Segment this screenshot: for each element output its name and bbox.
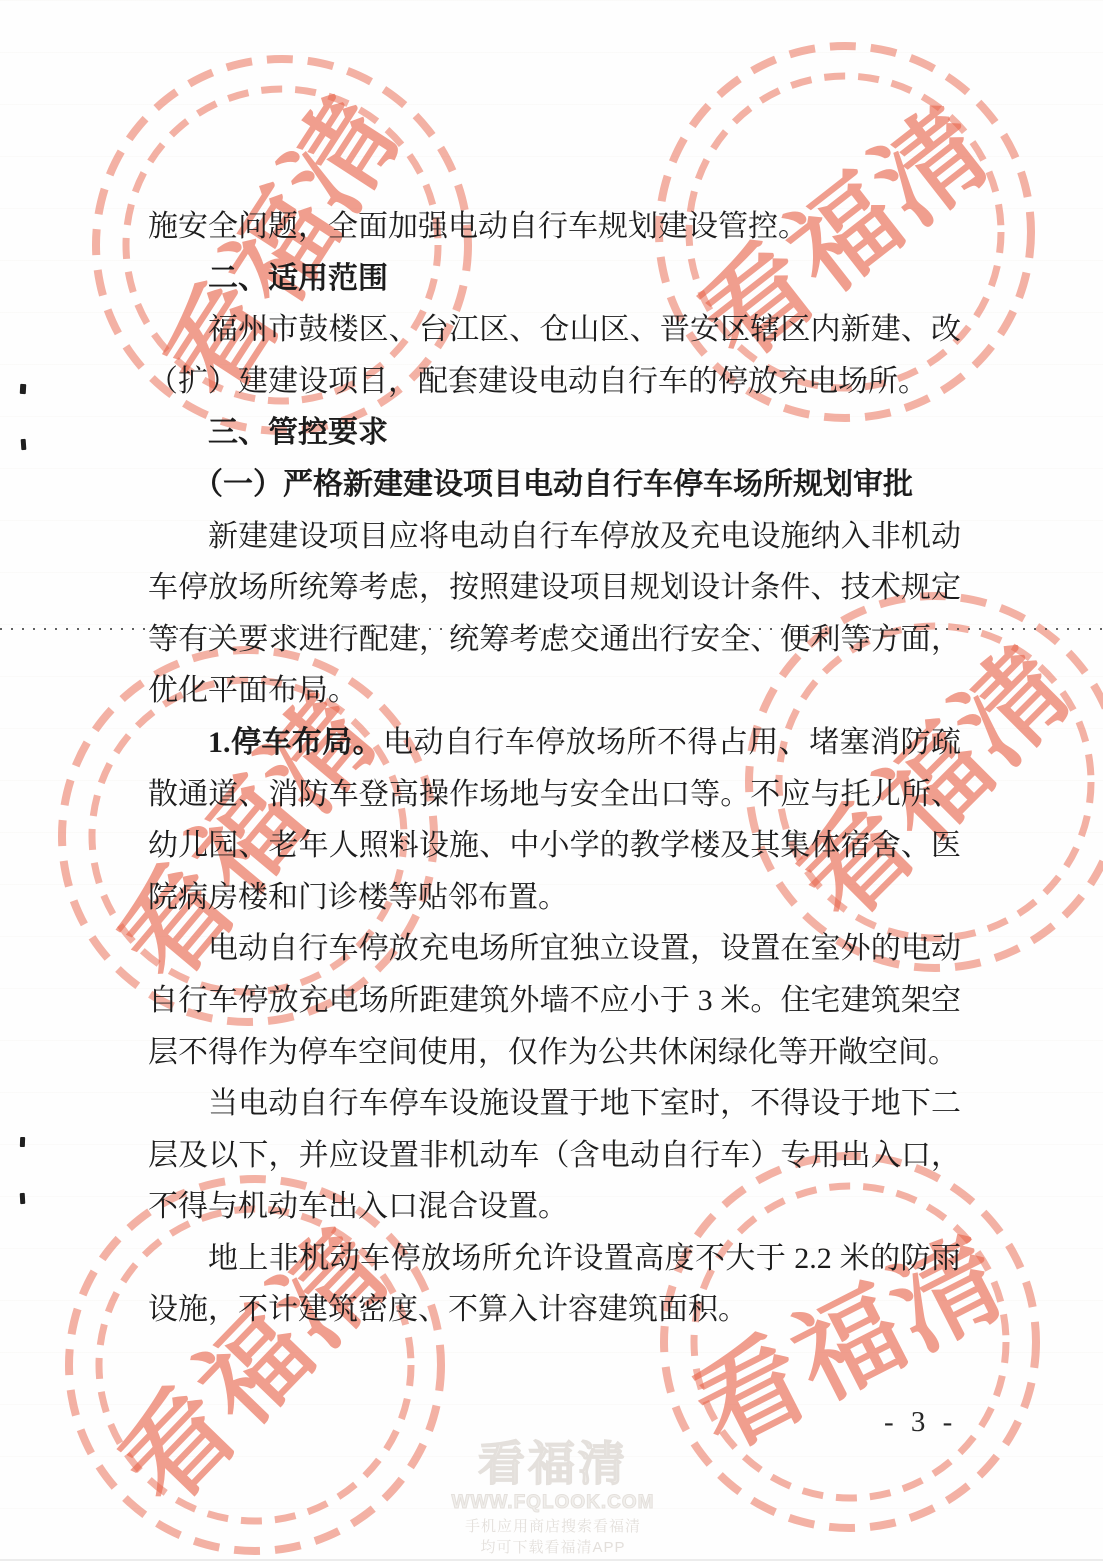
paragraph-planning: 新建建设项目应将电动自行车停放及充电设施纳入非机动车停放场所统筹考虑，按照建设项… <box>148 511 961 717</box>
scan-speck <box>20 384 27 394</box>
paragraph-continuation: 施安全问题，全面加强电动自行车规划建设管控。 <box>148 201 961 253</box>
paragraph-lead-parking-layout: 1.停车布局。 <box>208 726 383 759</box>
scan-speck <box>20 1193 26 1204</box>
subsection-heading-approval: （一）严格新建建设项目电动自行车停车场所规划审批 <box>148 459 961 511</box>
section-heading-scope: 二、适用范围 <box>148 253 961 305</box>
footer-watermark-logo: 看福清 <box>428 1438 678 1490</box>
footer-watermark: 看福清 WWW.FQLOOK.COM 手机应用商店搜索看福清 均可下载看福清AP… <box>428 1438 678 1557</box>
paragraph-outdoor-siting: 电动自行车停放充电场所宜独立设置，设置在室外的电动自行车停放充电场所距建筑外墙不… <box>148 923 961 1078</box>
scanned-document-page: 看福清 看福清 看福清 看福清 看福清 <box>0 0 1103 1561</box>
footer-watermark-line1: 手机应用商店搜索看福清 <box>428 1519 678 1536</box>
dotted-separator-line <box>0 628 1103 631</box>
scan-speck <box>21 439 27 450</box>
scan-speck <box>20 1137 25 1147</box>
paragraph-canopy-rules: 地上非机动车停放场所允许设置高度不大于 2.2 米的防雨设施，不计建筑密度、不算… <box>148 1233 961 1336</box>
paragraph-parking-layout: 1.停车布局。电动自行车停放场所不得占用、堵塞消防疏散通道、消防车登高操作场地与… <box>148 717 961 923</box>
footer-watermark-line2: 均可下载看福清APP <box>428 1540 678 1557</box>
section-heading-requirements: 三、管控要求 <box>148 407 961 459</box>
footer-watermark-url: WWW.FQLOOK.COM <box>428 1493 678 1514</box>
document-body: 施安全问题，全面加强电动自行车规划建设管控。 二、适用范围 福州市鼓楼区、台江区… <box>148 201 961 1336</box>
page-number: - 3 - <box>884 1406 957 1439</box>
paragraph-basement-rules: 当电动自行车停车设施设置于地下室时，不得设于地下二层及以下，并应设置非机动车（含… <box>148 1078 961 1233</box>
paragraph-scope: 福州市鼓楼区、台江区、仓山区、晋安区辖区内新建、改（扩）建建设项目，配套建设电动… <box>148 304 961 407</box>
